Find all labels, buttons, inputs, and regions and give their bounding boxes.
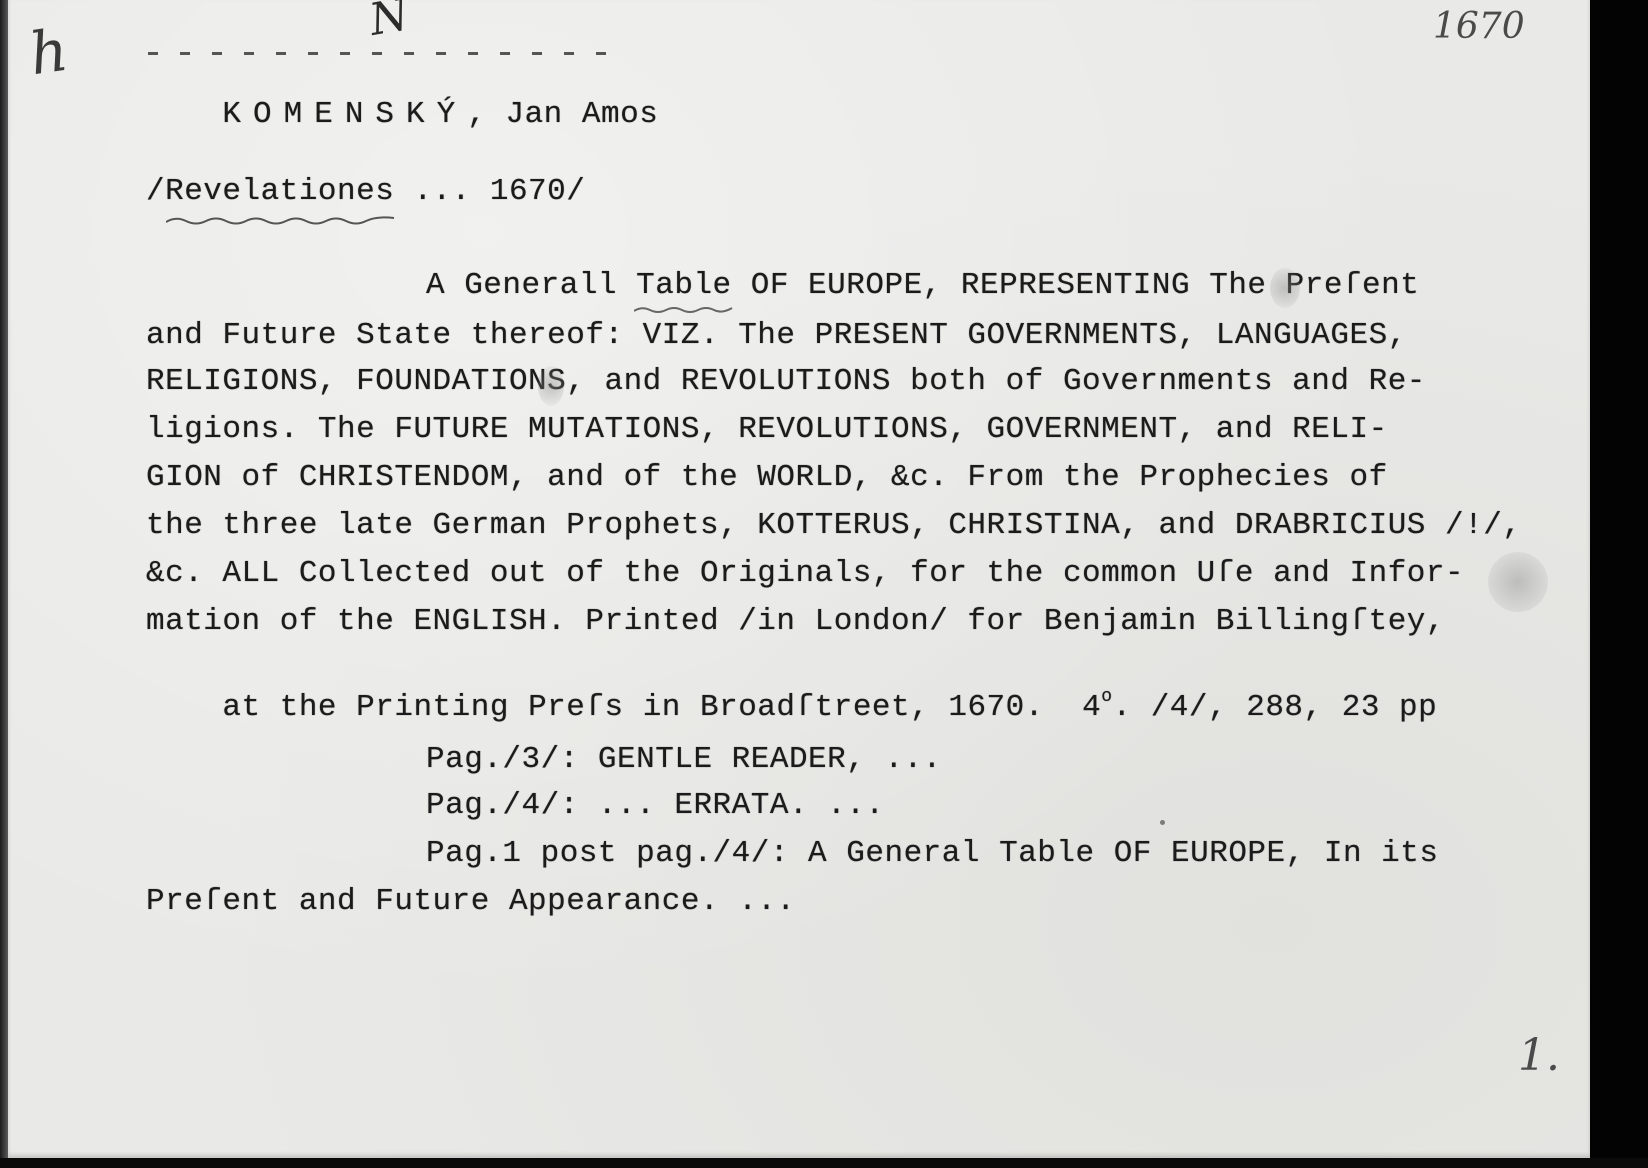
- description-line-5: GION of CHRISTENDOM, and of the WORLD, &…: [146, 460, 1388, 495]
- author-heading: KOMENSKÝ, Jan Amos: [146, 62, 658, 167]
- handwritten-mark-top-left: h: [25, 16, 71, 89]
- note-3: Pag.1 post pag./4/: A General Table OF E…: [426, 836, 1438, 871]
- author-given-names: Jan Amos: [505, 97, 658, 132]
- imprint-text: at the Printing Preſs in Broadſtreet, 16…: [222, 690, 1043, 725]
- description-line-3: RELIGIONS, FOUNDATIONS, and REVOLUTIONS …: [146, 364, 1426, 399]
- format-degree: o: [1101, 687, 1112, 707]
- note-3-continuation: Preſent and Future Appearance. ...: [146, 884, 796, 919]
- card-left-edge: [0, 0, 8, 1168]
- description-line-2: and Future State thereof: VIZ. The PRESE…: [146, 318, 1407, 353]
- uniform-title-underline: [166, 214, 396, 224]
- scan-background-right: [1590, 0, 1648, 1168]
- handwritten-mark-top: N: [366, 0, 413, 46]
- uniform-title: /Revelationes ... 1670/: [146, 174, 585, 209]
- format-number: 4: [1082, 690, 1101, 725]
- table-underline: [634, 305, 734, 315]
- handwritten-year: 1670: [1433, 6, 1525, 47]
- scan-background-bottom: [0, 1158, 1648, 1168]
- smudge-spot: [1270, 268, 1300, 308]
- author-surname: KOMENSKÝ: [222, 97, 467, 132]
- smudge-spot: [1488, 552, 1548, 612]
- note-1: Pag./3/: GENTLE READER, ...: [426, 742, 942, 777]
- author-separator: ,: [467, 97, 486, 132]
- description-line-4: ligions. The FUTURE MUTATIONS, REVOLUTIO…: [146, 412, 1388, 447]
- description-line-6: the three late German Prophets, KOTTERUS…: [146, 508, 1521, 543]
- catalog-card: h N 1670 1. KOMENSKÝ, Jan Amos /Revelati…: [8, 0, 1590, 1158]
- pagination: . /4/, 288, 23 pp: [1113, 690, 1438, 725]
- handwritten-card-number: 1.: [1518, 1030, 1560, 1081]
- description-line-8: mation of the ENGLISH. Printed /in Londo…: [146, 604, 1445, 639]
- ink-dot: [1160, 820, 1165, 825]
- note-2: Pag./4/: ... ERRATA. ...: [426, 788, 884, 823]
- description-line-7: &c. ALL Collected out of the Originals, …: [146, 556, 1464, 591]
- smudge-spot: [538, 366, 564, 406]
- surname-dash-marks: [148, 52, 618, 55]
